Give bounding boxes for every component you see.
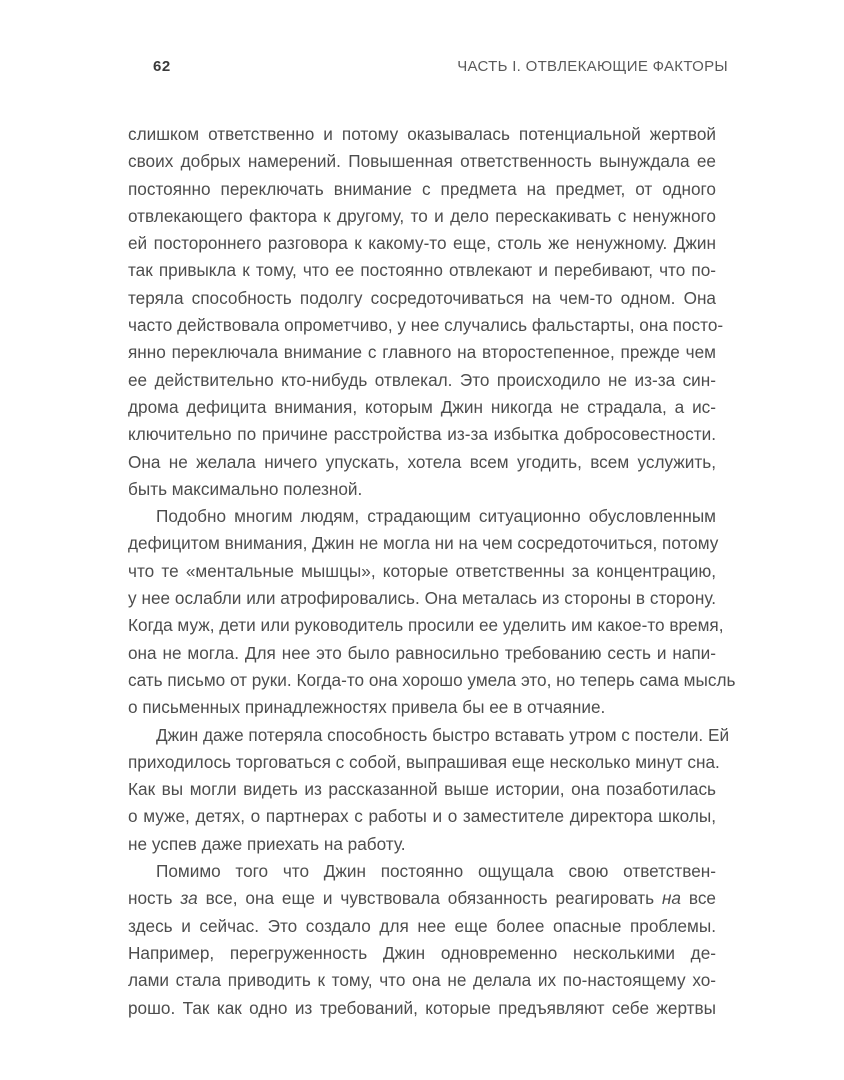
text-line: часто действовала опрометчиво, у нее слу… <box>128 312 716 339</box>
text-line: так привыкла к тому, что ее постоянно от… <box>128 257 716 284</box>
text-line: о муже, детях, о партнерах с работы и о … <box>128 803 716 830</box>
text-line-with-italics: ность за все, она еще и чувствовала обяз… <box>128 885 716 912</box>
text-line: Помимо того что Джин постоянно ощущала с… <box>128 858 716 885</box>
text-line: быть максимально полезной. <box>128 476 716 503</box>
text-line: Когда муж, дети или руководитель просили… <box>128 612 716 639</box>
paragraph-3: Джин даже потеряла способность быстро вс… <box>128 722 716 858</box>
text-line: дефицитом внимания, Джин не могла ни на … <box>128 530 716 557</box>
text-line: Она не желала ничего упускать, хотела вс… <box>128 449 716 476</box>
text-line: Например, перегруженность Джин одновреме… <box>128 940 716 967</box>
text-line: дрома дефицита внимания, которым Джин ни… <box>128 394 716 421</box>
text-line: сать письмо от руки. Когда-то она хорошо… <box>128 667 716 694</box>
paragraph-1: слишком ответственно и потому оказывалас… <box>128 121 716 503</box>
text-line: слишком ответственно и потому оказывалас… <box>128 121 716 148</box>
body-text: слишком ответственно и потому оказывалас… <box>128 121 716 1022</box>
italic-emphasis: на <box>662 888 681 908</box>
text-line: Подобно многим людям, страдающим ситуаци… <box>128 503 716 530</box>
text-line: приходилось торговаться с собой, выпраши… <box>128 749 716 776</box>
text-line: о письменных принадлежностях привела бы … <box>128 694 716 721</box>
text-line: ей постороннего разговора к какому-то ещ… <box>128 230 716 257</box>
text-run: ность <box>128 888 180 908</box>
text-line: отвлекающего фактора к другому, то и дел… <box>128 203 716 230</box>
text-line: Как вы могли видеть из рассказанной выше… <box>128 776 716 803</box>
text-line: постоянно переключать внимание с предмет… <box>128 176 716 203</box>
text-line: у нее ослабли или атрофировались. Она ме… <box>128 585 716 612</box>
running-head: 62 ЧАСТЬ I. ОТВЛЕКАЮЩИЕ ФАКТОРЫ <box>153 54 728 78</box>
paragraph-2: Подобно многим людям, страдающим ситуаци… <box>128 503 716 721</box>
text-line: теряла способность подолгу сосредоточива… <box>128 285 716 312</box>
text-run: все, она еще и чувствовала обязанность р… <box>198 888 662 908</box>
text-line: лами стала приводить к тому, что она не … <box>128 967 716 994</box>
text-line: что те «ментальные мышцы», которые ответ… <box>128 558 716 585</box>
text-line: ее действительно кто-нибудь отвлекал. Эт… <box>128 367 716 394</box>
text-line: здесь и сейчас. Это создало для нее еще … <box>128 913 716 940</box>
text-line: ключительно по причине расстройства из-з… <box>128 421 716 448</box>
italic-emphasis: за <box>180 888 197 908</box>
text-line: Джин даже потеряла способность быстро вс… <box>128 722 716 749</box>
chapter-title: ЧАСТЬ I. ОТВЛЕКАЮЩИЕ ФАКТОРЫ <box>457 58 728 75</box>
text-line: своих добрых намерений. Повышенная ответ… <box>128 148 716 175</box>
page-number: 62 <box>153 58 171 75</box>
text-line: рошо. Так как одно из требований, которы… <box>128 995 716 1022</box>
paragraph-4: Помимо того что Джин постоянно ощущала с… <box>128 858 716 1022</box>
text-line: она не могла. Для нее это было равносиль… <box>128 640 716 667</box>
text-run: все <box>681 888 716 908</box>
text-line: не успев даже приехать на работу. <box>128 831 716 858</box>
text-line: янно переключала внимание с главного на … <box>128 339 716 366</box>
